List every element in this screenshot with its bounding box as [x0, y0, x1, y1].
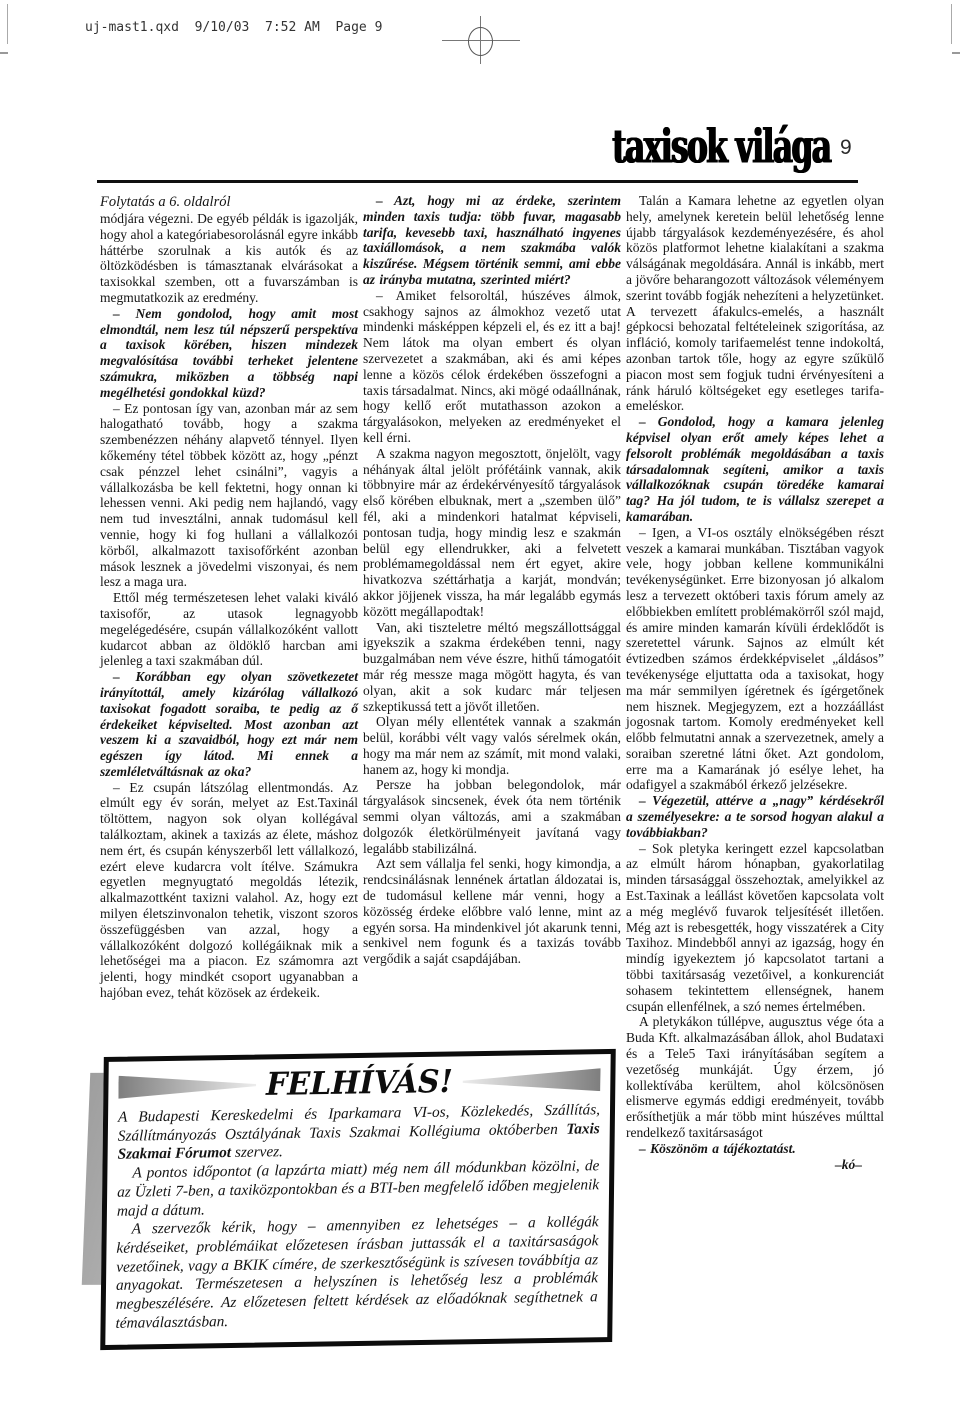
article-paragraph: módjára végezni. De egyéb példák is igaz…: [100, 211, 358, 306]
masthead-rule: [97, 180, 858, 183]
notice-box: FELHÍVÁS! A Budapesti Kereskedelmi és Ip…: [100, 1049, 616, 1351]
question-paragraph: – Nem gondolod, hogy amit most elmondtál…: [100, 306, 358, 401]
question-paragraph: – Azt, hogy mi az érdeke, szerintem mind…: [363, 193, 621, 288]
article-paragraph: A szakma nagyon megosztott, önjelölt, va…: [363, 446, 621, 620]
author-signature: –kó–: [626, 1157, 884, 1173]
question-paragraph: – Köszönöm a tájékoztatást.: [626, 1141, 884, 1157]
article-paragraph: – Igen, a VI-os osztály elnökségében rés…: [626, 525, 884, 794]
article-paragraph: Olyan mély ellentétek vannak a szakmán b…: [363, 714, 621, 777]
article-column-2: – Azt, hogy mi az érdeke, szerintem mind…: [363, 193, 621, 967]
notice-title-row: FELHÍVÁS!: [118, 1062, 600, 1105]
article-column-1: Folytatás a 6. oldalrólmódjára végezni. …: [100, 193, 358, 1001]
print-proof-header: uj-mast1.qxd 9/10/03 7:52 AM Page 9: [85, 20, 382, 35]
scanned-magazine-page: { "page": { "print_header": "uj-mast1.qx…: [0, 0, 960, 1410]
crop-mark-right: [952, 52, 960, 54]
article-column-3: Talán a Kamara lehetne az egyetlen olyan…: [626, 193, 884, 1172]
notice-title: FELHÍVÁS!: [266, 1064, 453, 1104]
article-paragraph: – Amiket felsoroltál, húszéves álmok, cs…: [363, 288, 621, 446]
flourish-triangle-left-icon: [118, 1072, 256, 1100]
question-paragraph: – Végezetül, attérve a „nagy” kérdésekrő…: [626, 793, 884, 840]
page-edge-line-left: [7, 4, 8, 44]
flourish-triangle-right-icon: [463, 1067, 601, 1095]
question-paragraph: – Gondolod, hogy a kamara jelenleg képvi…: [626, 414, 884, 525]
article-paragraph: – Sok pletyka keringett ezzel kapcsolatb…: [626, 841, 884, 1015]
article-paragraph: Ettől még természetesen lehet valaki kiv…: [100, 590, 358, 669]
notice-paragraph: A pontos időpontot (a lapzárta miatt) mé…: [117, 1157, 600, 1221]
question-paragraph: – Korábban egy olyan szövetkezetet irány…: [100, 669, 358, 780]
article-paragraph: Azt sem vállalja fel senki, hogy kimondj…: [363, 856, 621, 967]
article-paragraph: – Ez pontosan így van, azonban már az se…: [100, 401, 358, 591]
continuation-note: Folytatás a 6. oldalról: [100, 193, 358, 211]
article-paragraph: Van, aki tiszteletre méltó megszállottsá…: [363, 620, 621, 715]
notice-body: A Budapesti Kereskedelmi és Iparkamara V…: [115, 1101, 600, 1333]
crop-mark-left: [0, 52, 8, 54]
article-paragraph: A pletykákon túllépve, augusztus vége ót…: [626, 1014, 884, 1140]
magazine-logo: taxisok világa: [612, 121, 791, 173]
page-edge-line-right: [951, 4, 952, 44]
article-paragraph: Talán a Kamara lehetne az egyetlen olyan…: [626, 193, 884, 414]
page-number: 9: [840, 136, 852, 160]
article-paragraph: – Ez csupán látszólag ellentmondás. Az e…: [100, 780, 358, 1001]
notice-paragraph: A Budapesti Kereskedelmi és Iparkamara V…: [118, 1101, 601, 1165]
article-paragraph: Persze ha jobban belegondolok, már tárgy…: [363, 777, 621, 856]
registration-mark-circle: [468, 27, 493, 56]
notice-paragraph: A szervezők kérik, hogy – amennyiben ez …: [115, 1213, 598, 1333]
